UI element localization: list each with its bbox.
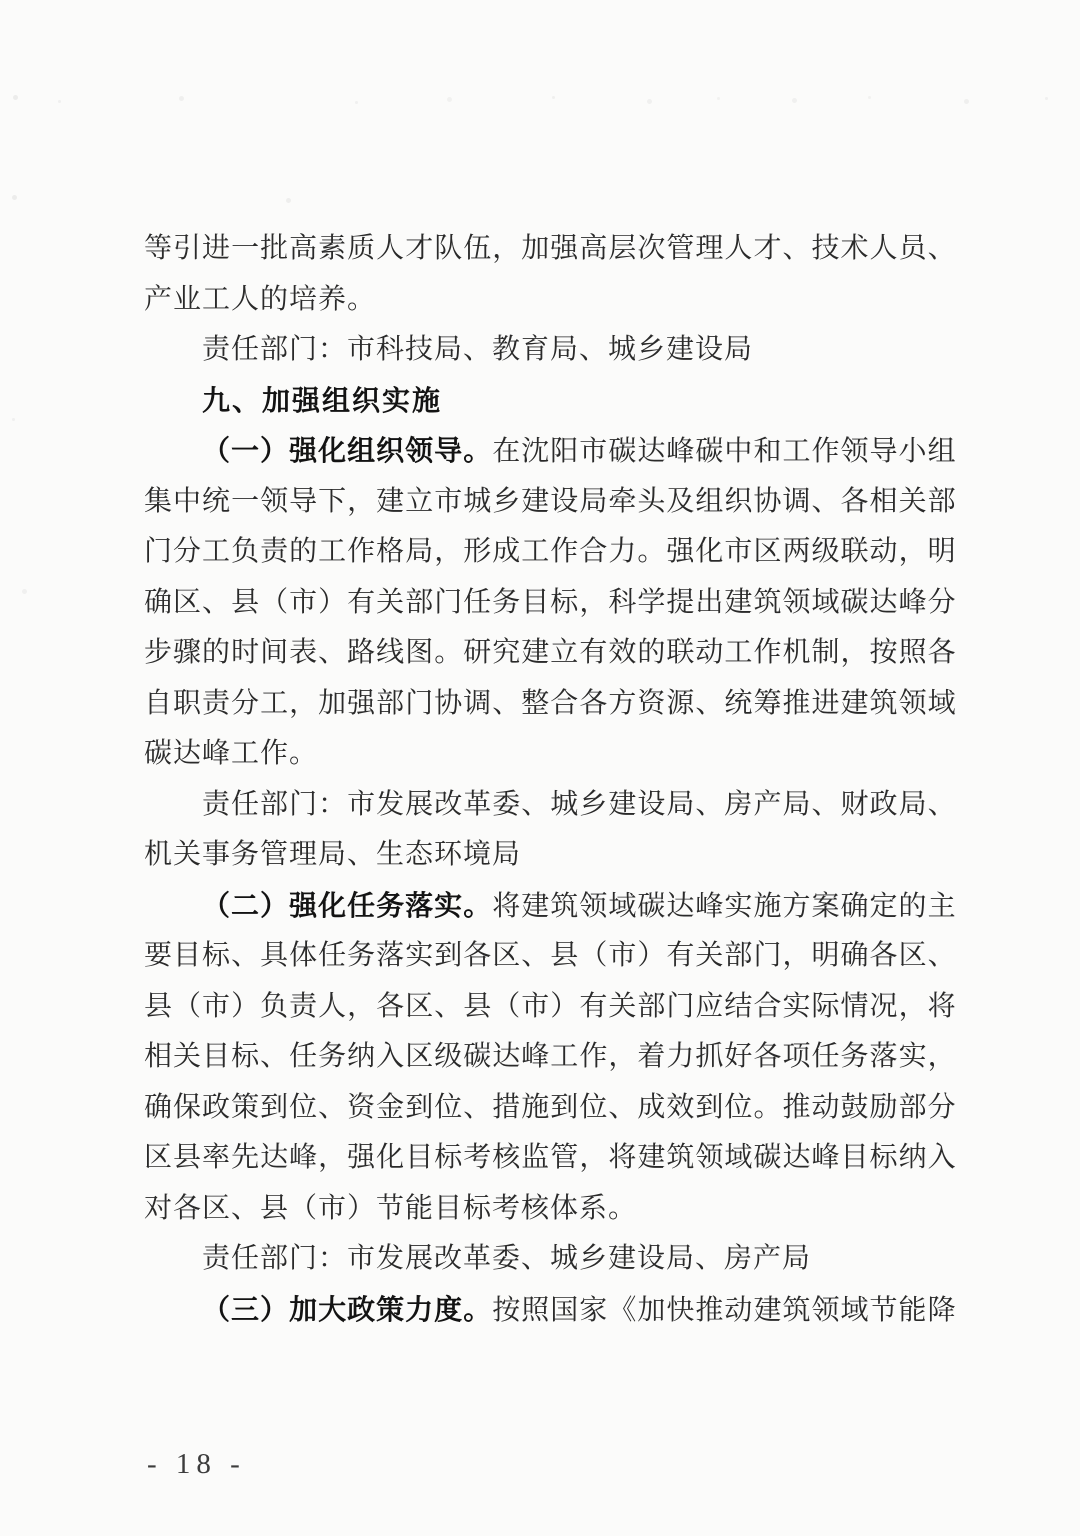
paragraph-lead: （三）加大政策力度。 bbox=[202, 1294, 492, 1325]
text-line: （三）加大政策力度。按照国家《加快推动建筑领域节能降 bbox=[144, 1285, 956, 1336]
text-line: （一）强化组织领导。在沈阳市碳达峰碳中和工作领导小组 bbox=[144, 426, 956, 477]
text-line: 产业工人的培养。 bbox=[144, 275, 956, 326]
text-line: 责任部门：市科技局、教育局、城乡建设局 bbox=[144, 325, 956, 376]
text-line: 确区、县（市）有关部门任务目标，科学提出建筑领域碳达峰分 bbox=[144, 578, 956, 629]
text-line: 县（市）负责人，各区、县（市）有关部门应结合实际情况，将 bbox=[144, 982, 956, 1033]
text-line: 步骤的时间表、路线图。研究建立有效的联动工作机制，按照各 bbox=[144, 628, 956, 679]
scan-noise-artifacts bbox=[0, 0, 3, 3]
text-line: 对各区、县（市）节能目标考核体系。 bbox=[144, 1184, 956, 1235]
text-line: 区县率先达峰，强化目标考核监管，将建筑领域碳达峰目标纳入 bbox=[144, 1133, 956, 1184]
document-page: 等引进一批高素质人才队伍，加强高层次管理人才、技术人员、产业工人的培养。责任部门… bbox=[0, 0, 1080, 1536]
text-line: 确保政策到位、资金到位、措施到位、成效到位。推动鼓励部分 bbox=[144, 1083, 956, 1134]
text-line: 责任部门：市发展改革委、城乡建设局、房产局、财政局、 bbox=[144, 780, 956, 831]
text-line: 等引进一批高素质人才队伍，加强高层次管理人才、技术人员、 bbox=[144, 224, 956, 275]
paragraph-text: 按照国家《加快推动建筑领域节能降 bbox=[492, 1295, 956, 1326]
page-number: - 18 - bbox=[147, 1442, 246, 1486]
paragraph-text: 在沈阳市碳达峰碳中和工作领导小组 bbox=[492, 436, 956, 467]
text-line: 相关目标、任务纳入区级碳达峰工作，着力抓好各项任务落实， bbox=[144, 1032, 956, 1083]
text-line: 门分工负责的工作格局，形成工作合力。强化市区两级联动，明 bbox=[144, 527, 956, 578]
text-line: 责任部门：市发展改革委、城乡建设局、房产局 bbox=[144, 1234, 956, 1285]
paragraph-text: 将建筑领域碳达峰实施方案确定的主 bbox=[492, 891, 956, 922]
text-line: 集中统一领导下，建立市城乡建设局牵头及组织协调、各相关部 bbox=[144, 477, 956, 528]
text-line: 碳达峰工作。 bbox=[144, 729, 956, 780]
text-line: 自职责分工，加强部门协调、整合各方资源、统筹推进建筑领域 bbox=[144, 679, 956, 730]
text-line: （二）强化任务落实。将建筑领域碳达峰实施方案确定的主 bbox=[144, 881, 956, 932]
paragraph-lead: （二）强化任务落实。 bbox=[202, 890, 492, 921]
text-line: 要目标、具体任务落实到各区、县（市）有关部门，明确各区、 bbox=[144, 931, 956, 982]
paragraph-lead: （一）强化组织领导。 bbox=[202, 435, 492, 466]
document-text-block: 等引进一批高素质人才队伍，加强高层次管理人才、技术人员、产业工人的培养。责任部门… bbox=[144, 224, 956, 1335]
text-line: 机关事务管理局、生态环境局 bbox=[144, 830, 956, 881]
text-line: 九、加强组织实施 bbox=[144, 376, 956, 427]
